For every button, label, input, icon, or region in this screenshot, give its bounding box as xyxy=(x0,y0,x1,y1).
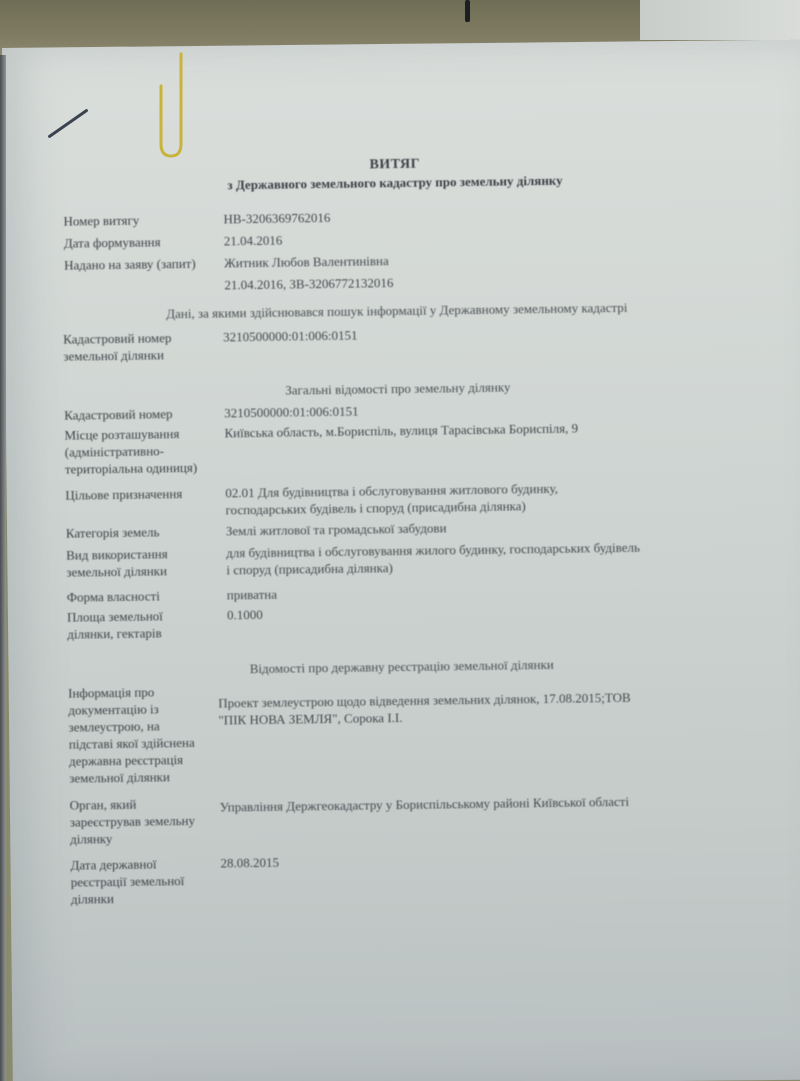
field-value: Управління Держгеокадастру у Бориспільсь… xyxy=(220,789,630,846)
field-value: 28.08.2015 xyxy=(220,854,279,906)
field-extract-number: Номер витягу НВ-3206369762016 xyxy=(63,209,330,230)
field-search-cadastral-number: Кадастровий номер земельної ділянки 3210… xyxy=(63,327,358,365)
field-area: Площа земельної ділянки, гектарів 0.1000 xyxy=(67,606,263,643)
field-formation-date: Дата формування 21.04.2016 xyxy=(64,232,283,252)
field-value: для будівництва і обслуговування жилого … xyxy=(226,539,640,579)
field-purpose: Цільове призначення 02.01 Для будівництв… xyxy=(65,480,558,521)
field-value: 3210500000:01:006:0151 xyxy=(224,403,359,422)
field-value: 3210500000:01:006:0151 xyxy=(223,327,358,363)
field-requested-by: Надано на заяву (запит) Житник Любов Вал… xyxy=(64,252,389,274)
field-label: Вид використання земельної ділянки xyxy=(66,544,226,580)
field-value: 21.04.2016 xyxy=(224,232,283,250)
field-value: Київська область, м.Бориспіль, вулиця Та… xyxy=(224,420,578,476)
section-heading-general: Загальні відомості про земельну ділянку xyxy=(0,374,798,402)
field-label: Надано на заяву (запит) xyxy=(64,254,224,273)
field-land-use-type: Вид використання земельної ділянки для б… xyxy=(66,539,640,581)
field-label: Місце розташування (адміністративно- тер… xyxy=(64,424,225,477)
field-label xyxy=(64,276,224,295)
field-label: Цільове призначення xyxy=(65,484,225,520)
field-value: 0.1000 xyxy=(227,606,263,640)
field-value: 21.04.2016, ЗВ-3206772132016 xyxy=(224,274,393,293)
field-label: Номер витягу xyxy=(63,210,223,229)
section-heading-search: Дані, за якими здійснювався пошук інформ… xyxy=(0,296,797,324)
field-label: Категорія земель xyxy=(66,522,226,541)
field-label: Орган, який зареєстрував земельну ділянк… xyxy=(70,795,221,848)
field-cadastral-number: Кадастровий номер 3210500000:01:006:0151 xyxy=(64,403,359,424)
cadastral-extract: ВИТЯГ з Державного земельного кадастру п… xyxy=(0,0,800,1081)
field-value: приватна xyxy=(227,586,277,604)
field-location: Місце розташування (адміністративно- тер… xyxy=(64,420,578,478)
section-heading-registration: Відомості про державну реєстрацію земель… xyxy=(2,652,800,680)
field-label: Площа земельної ділянки, гектарів xyxy=(67,606,227,642)
field-land-documentation: Інформація про документацію із землеустр… xyxy=(68,677,632,787)
field-registration-date: Дата державної реєстрації земельної діля… xyxy=(70,854,279,908)
field-label: Дата державної реєстрації земельної діля… xyxy=(70,855,221,908)
field-value: Житник Любов Валентинівна xyxy=(224,252,389,271)
field-value: НВ-3206369762016 xyxy=(223,209,330,227)
field-label: Інформація про документацію із землеустр… xyxy=(68,683,219,787)
field-registering-authority: Орган, який зареєстрував земельну ділянк… xyxy=(70,789,630,848)
field-label: Кадастровий номер xyxy=(64,404,224,423)
field-label: Кадастровий номер земельної ділянки xyxy=(63,328,223,364)
field-value: Землі житлової та громадської забудови xyxy=(226,519,447,539)
field-value: 02.01 Для будівництва і обслуговування ж… xyxy=(225,480,558,519)
field-value: Проект землеустрою щодо відведення земел… xyxy=(218,677,632,785)
field-label: Форма власності xyxy=(67,586,227,605)
field-request-reference: 21.04.2016, ЗВ-3206772132016 xyxy=(64,274,393,296)
field-land-category: Категорія земель Землі житлової та грома… xyxy=(66,519,447,541)
field-label: Дата формування xyxy=(64,232,224,251)
field-ownership-form: Форма власності приватна xyxy=(67,586,277,606)
